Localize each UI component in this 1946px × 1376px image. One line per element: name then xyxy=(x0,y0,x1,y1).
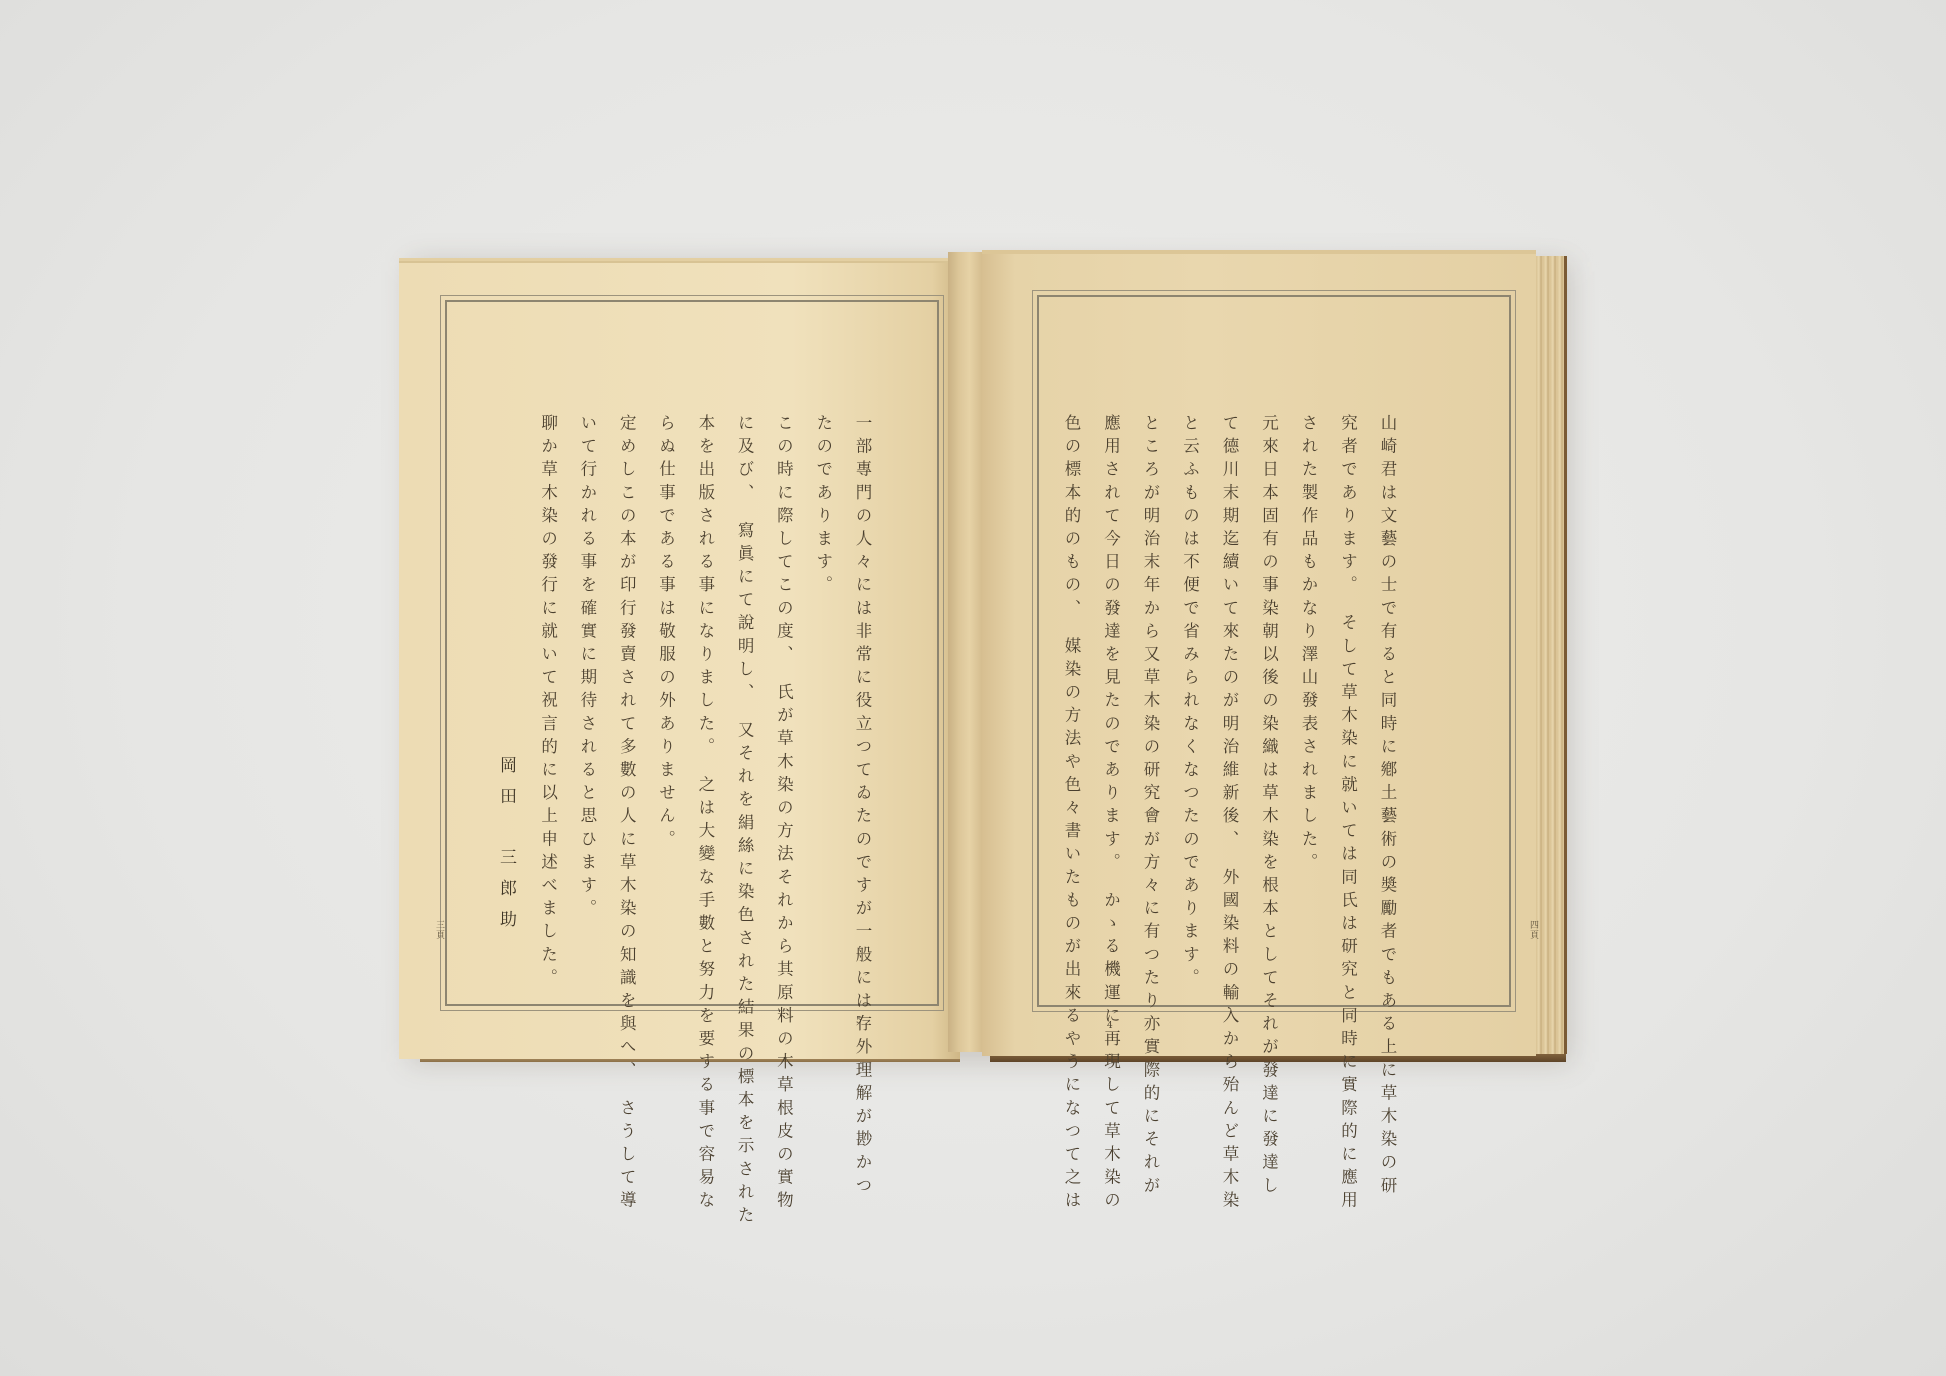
text-column: 一部專門の人々には非常に役立つてゐたのですが一般には存外理解が尠かつ xyxy=(854,414,871,974)
book-gutter xyxy=(948,252,984,1052)
right-margin-page-label: 四頁 xyxy=(1527,920,1540,940)
text-column: たのであります。 xyxy=(814,414,831,974)
text-column: ところが明治末年から又草木染の研究會が方々に有つたり亦實際的にそれが xyxy=(1142,414,1159,974)
page-edge-stack xyxy=(1536,256,1567,1054)
right-page-text: 山崎君は文藝の士で有ると同時に鄕土藝術の奬勵者でもある上に草木染の研 究者であり… xyxy=(1040,414,1396,974)
text-column: 定めしこの本が印行發賣されて多數の人に草木染の知識を與へ、 さうして導 xyxy=(618,414,635,974)
text-column: 元來日本固有の事染朝以後の染織は草木染を根本としてそれが發達に發達し xyxy=(1260,414,1277,974)
text-column: に及び、 寫眞にて說明し、 又それを絹絲に染色された結果の標本を示された xyxy=(736,414,753,974)
text-column: この時に際してこの度、 氏が草木染の方法それから其原料の木草根皮の實物 xyxy=(775,414,792,974)
text-column: 本を出版される事になりました。 之は大變な手數と努力を要する事で容易な xyxy=(696,414,713,974)
text-column: 應用されて今日の發達を見たのであります。 かゝる機運に再現して草木染の xyxy=(1102,414,1119,974)
text-column: らぬ仕事である事は敬服の外ありません。 xyxy=(657,414,674,974)
signature-surname: 岡田 xyxy=(496,756,516,818)
text-column: て德川末期迄續いて來たのが明治維新後、 外國染料の輸入から殆んど草木染 xyxy=(1221,414,1238,974)
author-signature: 岡田三郎助 xyxy=(494,756,519,941)
left-page-text: 一部專門の人々には非常に役立つてゐたのですが一般には存外理解が尠かつ たのであり… xyxy=(516,414,870,974)
text-column: 聊か草木染の發行に就いて祝言的に以上申述べました。 xyxy=(539,414,556,974)
text-column: 究者であります。 そして草木染に就いては同氏は研究と同時に實際的に應用 xyxy=(1339,414,1356,974)
text-column: いて行かれる事を確實に期待されると思ひます。 xyxy=(578,414,595,974)
text-column: と云ふものは不便で省みられなくなつたのであります。 xyxy=(1181,414,1198,974)
text-column: 色の標本的のもの、 媒染の方法や色々書いたものが出來るやうになつて之は xyxy=(1063,414,1080,974)
right-page-number: 4 xyxy=(1107,1021,1113,1031)
text-column: 山崎君は文藝の士で有ると同時に鄕土藝術の奬勵者でもある上に草木染の研 xyxy=(1379,414,1396,974)
signature-given-name: 三郎助 xyxy=(496,848,516,941)
left-margin-page-label: 三頁 xyxy=(433,920,446,940)
left-page-number: 5 xyxy=(856,1016,862,1026)
text-column: された製作品もかなり澤山發表されました。 xyxy=(1300,414,1317,974)
